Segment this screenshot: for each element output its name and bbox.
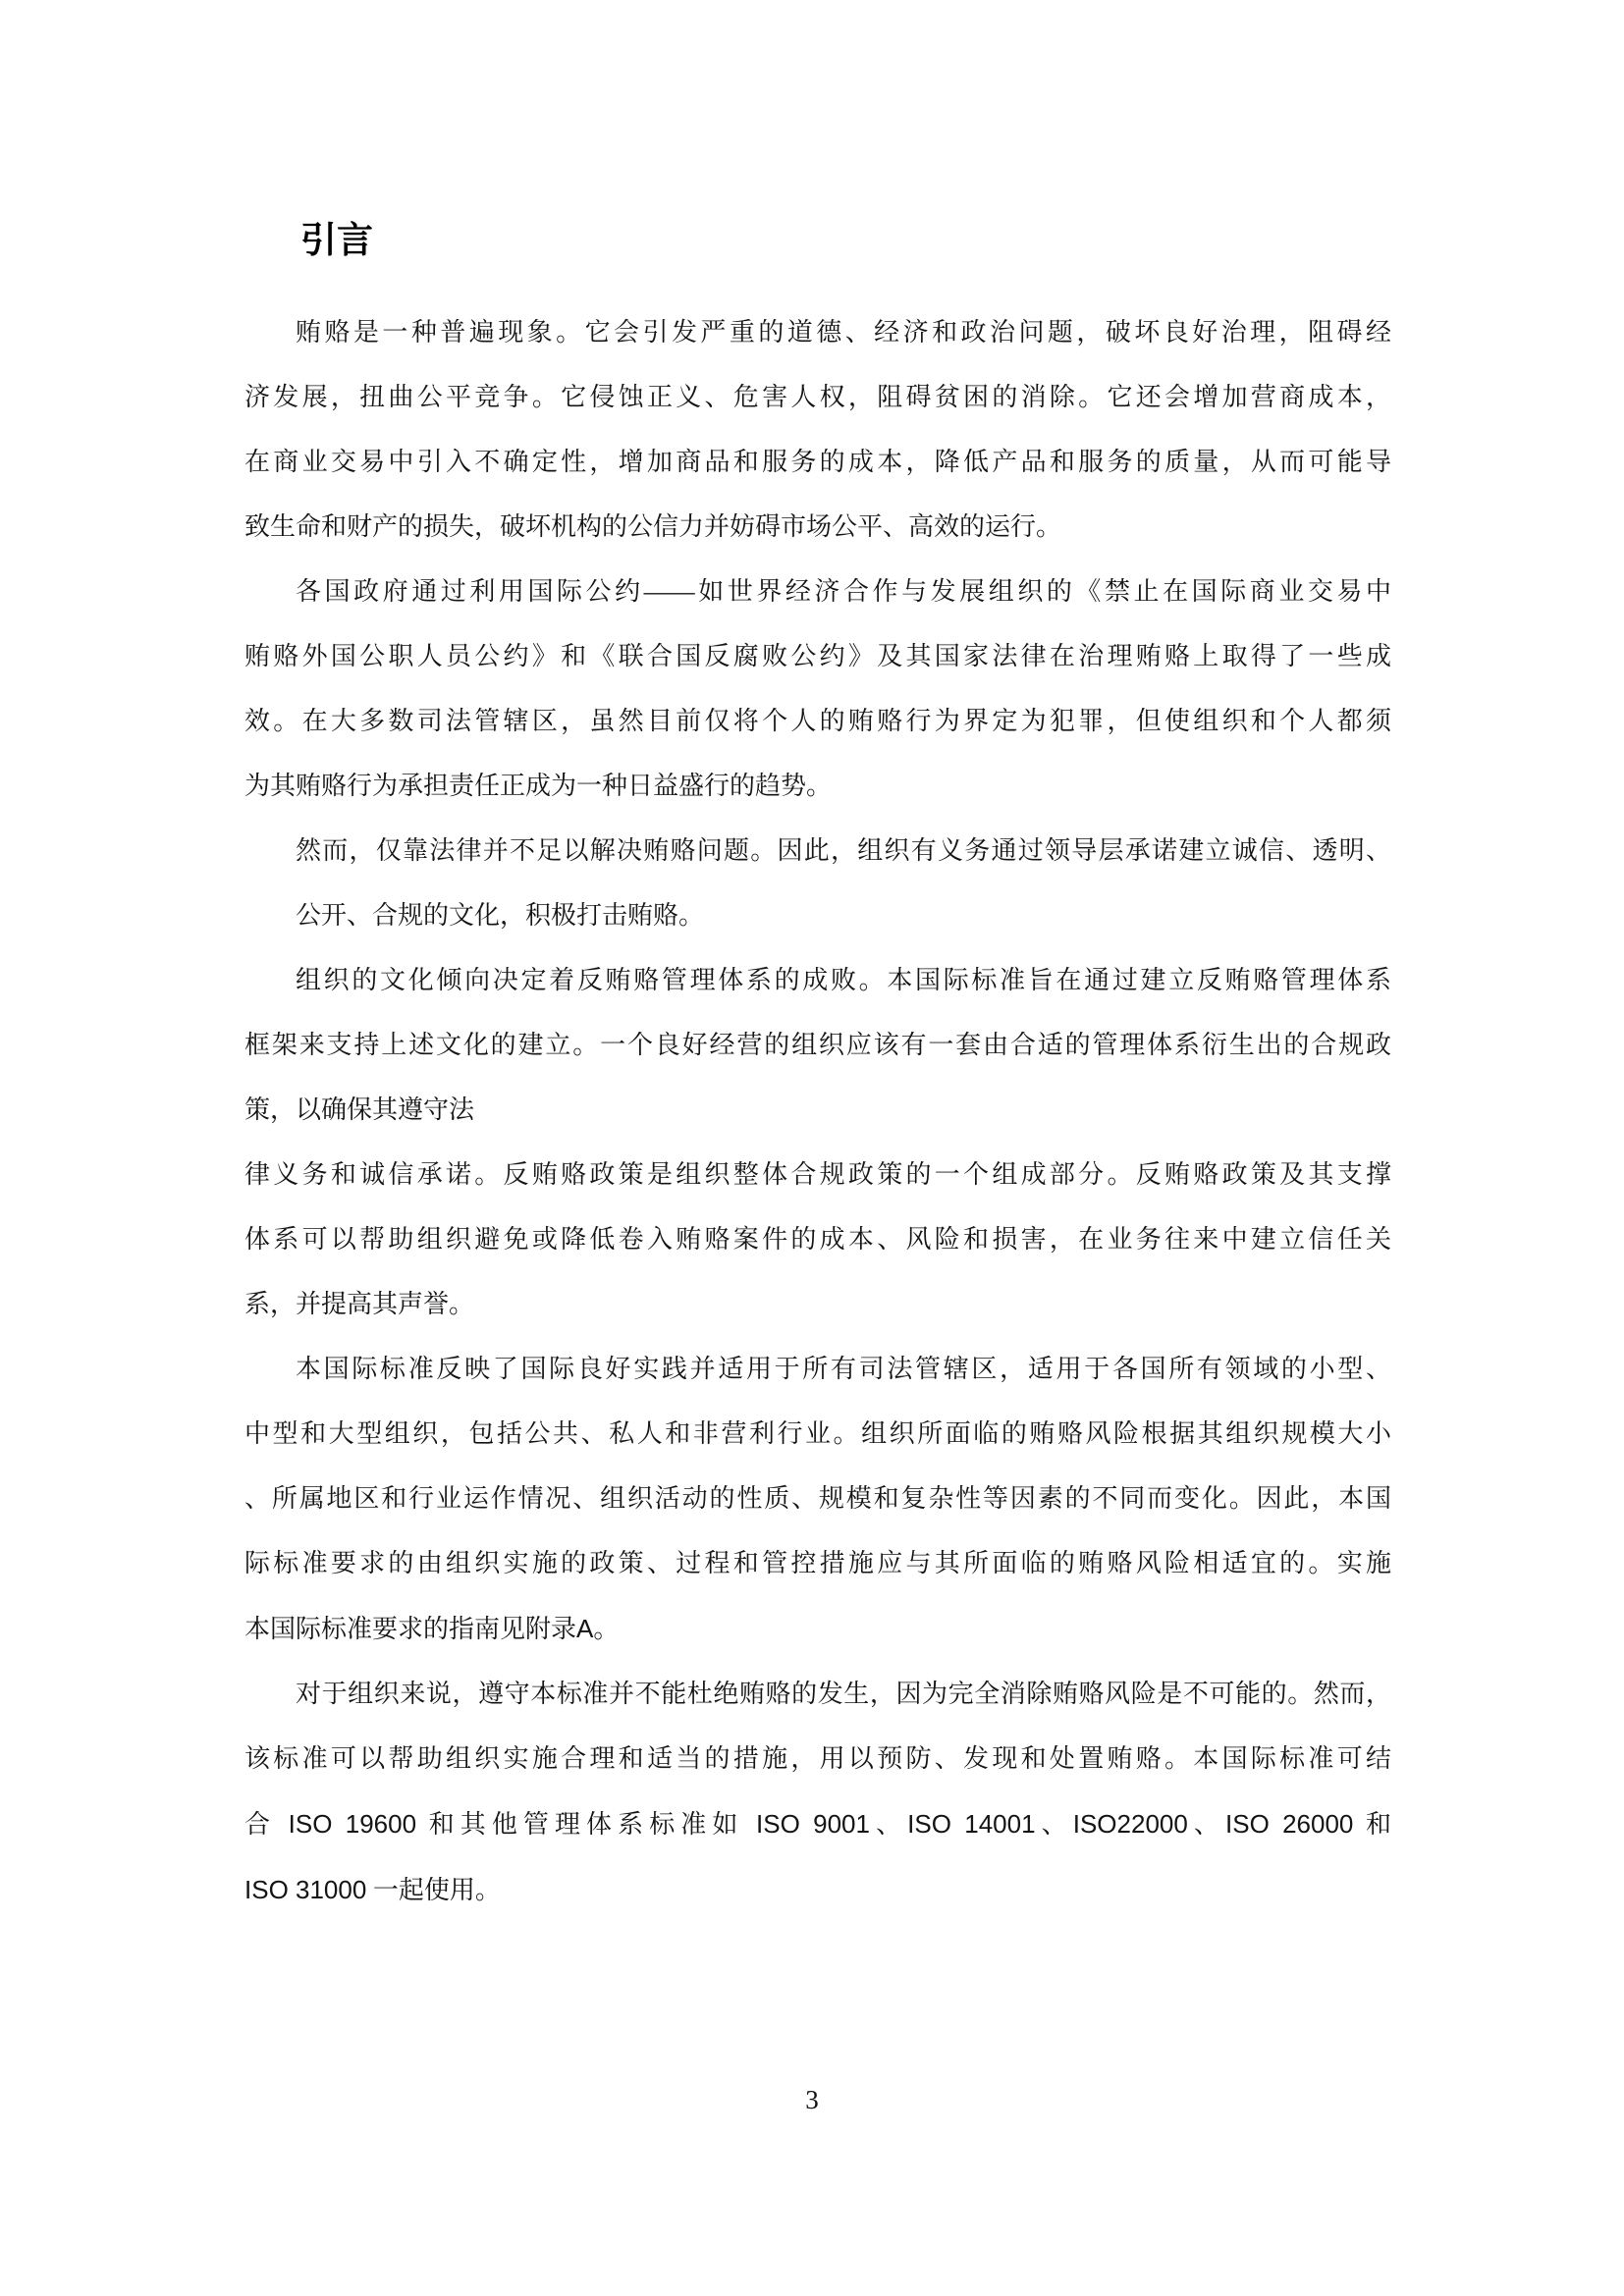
text-line: 然而，仅靠法律并不足以解决贿赂问题。因此，组织有义务通过领导层承诺建立诚信、透明… — [244, 819, 1391, 883]
text-line: 框架来支持上述文化的建立。一个良好经营的组织应该有一套由合适的管理体系衍生出的合… — [244, 1013, 1391, 1078]
text-line: 组织的文化倾向决定着反贿赂管理体系的成败。本国际标准旨在通过建立反贿赂管理体系 — [244, 948, 1391, 1013]
text-line: 在商业交易中引入不确定性，增加商品和服务的成本，降低产品和服务的质量，从而可能导 — [244, 430, 1391, 495]
text-line: 体系可以帮助组织避免或降低卷入贿赂案件的成本、风险和损害，在业务往来中建立信任关 — [244, 1207, 1391, 1272]
text-line: 策，以确保其遵守法 — [244, 1078, 1391, 1143]
text-line: 致生命和财产的损失，破坏机构的公信力并妨碍市场公平、高效的运行。 — [244, 495, 1391, 560]
text-line: 贿赂外国公职人员公约》和《联合国反腐败公约》及其国家法律在治理贿赂上取得了一些成 — [244, 624, 1391, 689]
text-line: 为其贿赂行为承担责任正成为一种日益盛行的趋势。 — [244, 754, 1391, 819]
text-line: 贿赂是一种普遍现象。它会引发严重的道德、经济和政治问题，破坏良好治理，阻碍经 — [244, 300, 1391, 365]
text-line: 合 ISO 19600 和其他管理体系标准如 ISO 9001、ISO 1400… — [244, 1791, 1391, 1857]
text-line: 本国际标准要求的指南见附录A。 — [244, 1596, 1391, 1662]
text-line: 济发展，扭曲公平竞争。它侵蚀正义、危害人权，阻碍贫困的消除。它还会增加营商成本， — [244, 365, 1391, 430]
text-line: 对于组织来说，遵守本标准并不能杜绝贿赂的发生，因为完全消除贿赂风险是不可能的。然… — [244, 1662, 1391, 1727]
text-line: ISO 31000 一起使用。 — [244, 1857, 1391, 1923]
text-line: 各国政府通过利用国际公约——如世界经济合作与发展组织的《禁止在国际商业交易中 — [244, 560, 1391, 624]
text-line: 律义务和诚信承诺。反贿赂政策是组织整体合规政策的一个组成部分。反贿赂政策及其支撑 — [244, 1143, 1391, 1207]
document-page: 引言 贿赂是一种普遍现象。它会引发严重的道德、经济和政治问题，破坏良好治理，阻碍… — [0, 0, 1624, 2296]
text-line: 效。在大多数司法管辖区，虽然目前仅将个人的贿赂行为界定为犯罪，但使组织和个人都须 — [244, 689, 1391, 754]
text-line: 中型和大型组织，包括公共、私人和非营利行业。组织所面临的贿赂风险根据其组织规模大… — [244, 1402, 1391, 1467]
text-line: 该标准可以帮助组织实施合理和适当的措施，用以预防、发现和处置贿赂。本国际标准可结 — [244, 1727, 1391, 1791]
text-line: 、所属地区和行业运作情况、组织活动的性质、规模和复杂性等因素的不同而变化。因此，… — [244, 1467, 1391, 1531]
document-body: 贿赂是一种普遍现象。它会引发严重的道德、经济和政治问题，破坏良好治理，阻碍经 济… — [244, 300, 1391, 1923]
text-line: 系，并提高其声誉。 — [244, 1272, 1391, 1337]
text-line: 本国际标准反映了国际良好实践并适用于所有司法管辖区，适用于各国所有领域的小型、 — [244, 1337, 1391, 1402]
introduction-heading: 引言 — [300, 218, 373, 263]
text-line: 际标准要求的由组织实施的政策、过程和管控措施应与其所面临的贿赂风险相适宜的。实施 — [244, 1531, 1391, 1596]
page-number: 3 — [0, 2085, 1624, 2115]
text-line: 公开、合规的文化，积极打击贿赂。 — [244, 883, 1391, 948]
